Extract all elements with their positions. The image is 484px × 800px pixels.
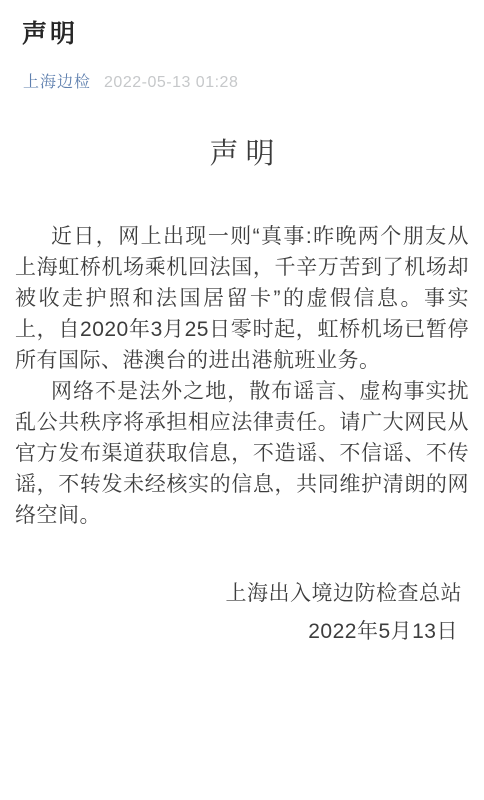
publish-timestamp: 2022-05-13 01:28 xyxy=(104,73,238,93)
statement-body: 近日，网上出现一则“真事:昨晚两个朋友从上海虹桥机场乘机回法国，千辛万苦到了机场… xyxy=(15,221,469,531)
statement-heading: 声明 xyxy=(0,137,484,171)
statement-paragraph-1: 近日，网上出现一则“真事:昨晚两个朋友从上海虹桥机场乘机回法国，千辛万苦到了机场… xyxy=(15,221,469,376)
byline: 上海边检 2022-05-13 01:28 xyxy=(23,73,484,93)
author-link[interactable]: 上海边检 xyxy=(23,73,91,93)
article-page: 声明 上海边检 2022-05-13 01:28 声明 近日，网上出现一则“真事… xyxy=(0,0,484,800)
page-title: 声明 xyxy=(0,0,484,48)
signature-date: 2022年5月13日 xyxy=(0,613,462,651)
signature-organization: 上海出入境边防检查总站 xyxy=(0,575,462,613)
signature-block: 上海出入境边防检查总站 2022年5月13日 xyxy=(0,575,484,651)
statement-paragraph-2: 网络不是法外之地，散布谣言、虚构事实扰乱公共秩序将承担相应法律责任。请广大网民从… xyxy=(15,376,469,531)
statement-document: 声明 近日，网上出现一则“真事:昨晚两个朋友从上海虹桥机场乘机回法国，千辛万苦到… xyxy=(0,137,484,651)
